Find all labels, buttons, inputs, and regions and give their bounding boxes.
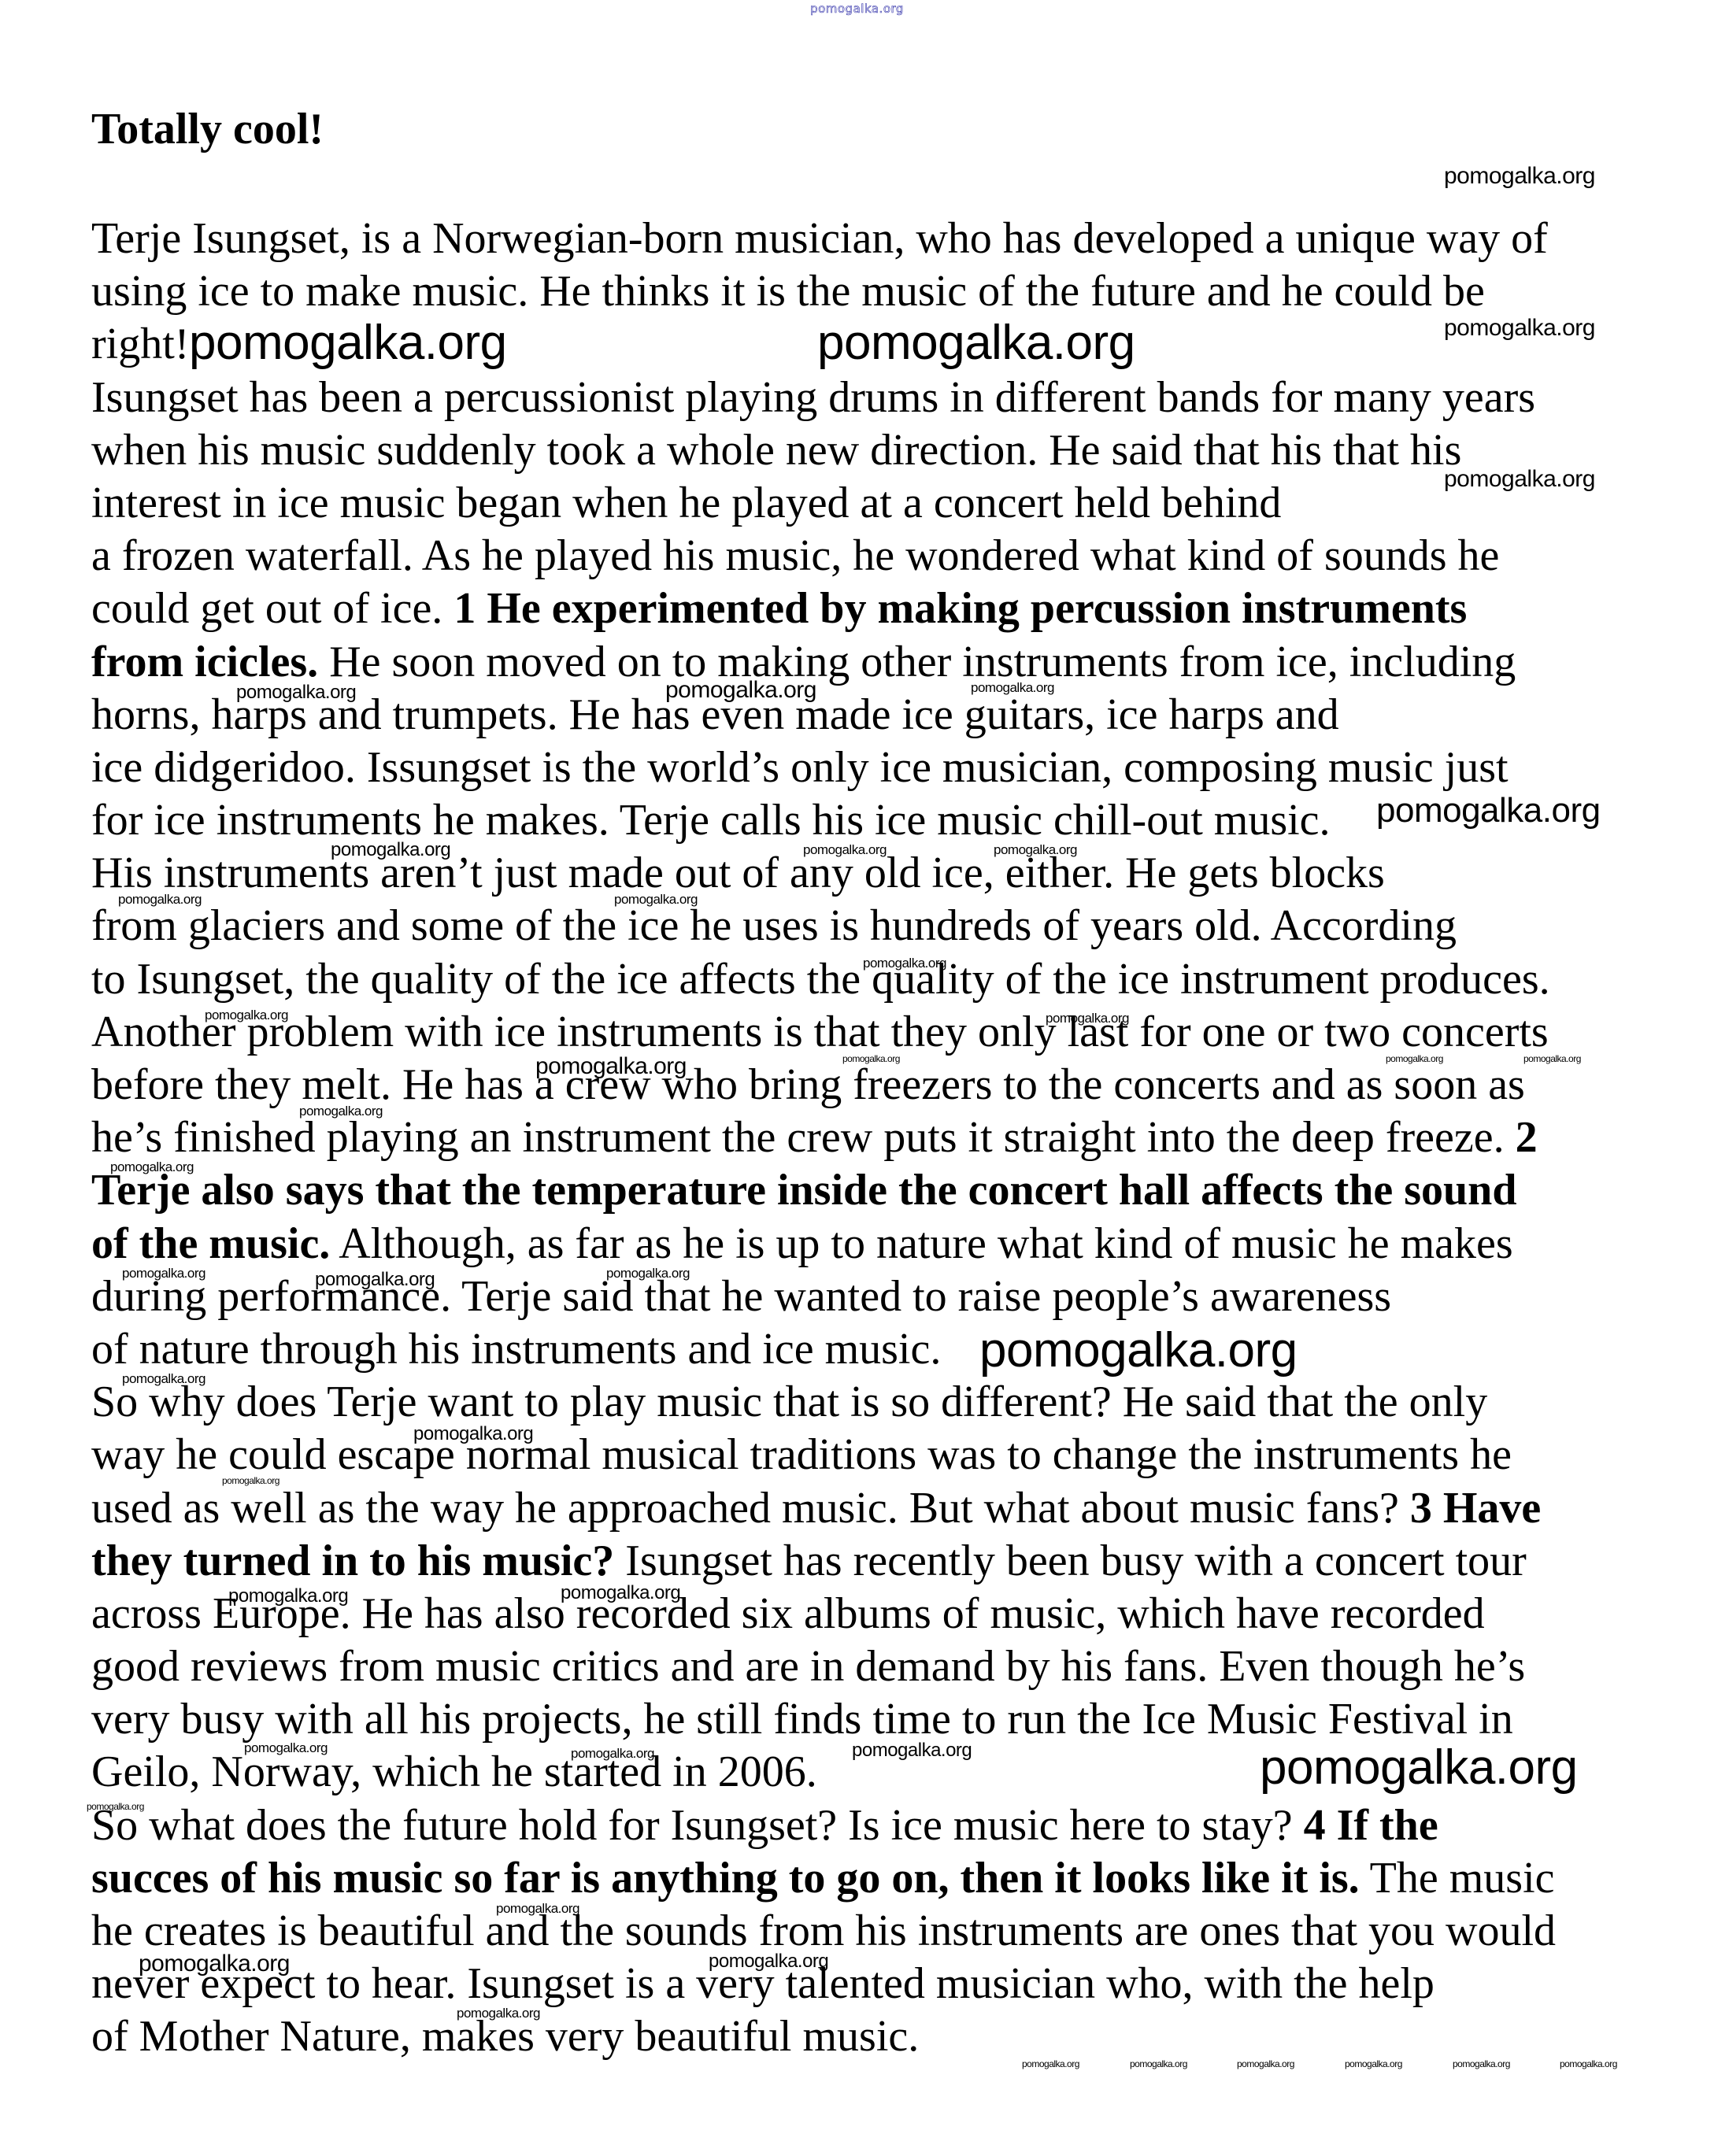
text-line: interest in ice music began when he play… <box>91 477 1634 530</box>
watermark-text: pomogalka.org <box>803 842 887 858</box>
text-span: during performance. Terje said that he w… <box>91 1272 1391 1321</box>
text-span: a frozen waterfall. As he played his mus… <box>91 531 1499 580</box>
watermark-text: pomogalka.org <box>665 677 816 704</box>
text-span: he’s finished playing an instrument the … <box>91 1113 1516 1162</box>
watermark-text: pomogalka.org <box>122 1266 205 1281</box>
text-span: from glaciers and some of the ice he use… <box>91 901 1457 950</box>
watermark-text: pomogalka.org <box>244 1740 328 1756</box>
text-span: could get out of ice. <box>91 584 453 633</box>
watermark-text: pomogalka.org <box>315 1269 435 1291</box>
text-span: he creates is beautiful and the sounds f… <box>91 1906 1556 1955</box>
bold-question-text: 4 If the <box>1304 1801 1438 1850</box>
bold-question-text: 2 <box>1516 1113 1538 1162</box>
watermark-text: pomogalka.org <box>1376 791 1601 830</box>
bold-question-text: from icicles. <box>91 638 318 686</box>
watermark-text: pomogalka.org <box>110 1159 194 1175</box>
watermark-text: pomogalka.org <box>614 892 698 908</box>
text-line: ice didgeridoo. Issungset is the world’s… <box>91 741 1634 794</box>
text-line: he creates is beautiful and the sounds f… <box>91 1905 1634 1958</box>
watermark-text: pomogalka.org <box>299 1104 383 1119</box>
watermark-text: pomogalka.org <box>457 2006 540 2021</box>
text-span: So why does Terje want to play music tha… <box>91 1378 1487 1426</box>
watermark-text: pomogalka.org <box>413 1423 533 1445</box>
text-line: using ice to make music. He thinks it is… <box>91 265 1634 318</box>
text-span: interest in ice music began when he play… <box>91 479 1281 527</box>
watermark-text: pomogalka.org <box>1130 2058 1187 2069</box>
text-line: when his music suddenly took a whole new… <box>91 424 1634 477</box>
text-span: So what does the future hold for Isungse… <box>91 1801 1304 1850</box>
watermark-text: pomogalka.org <box>842 1053 900 1064</box>
text-line: could get out of ice. 1 He experimented … <box>91 582 1634 635</box>
text-span: to Isungset, the quality of the ice affe… <box>91 955 1550 1004</box>
watermark-text: pomogalka.org <box>1453 2058 1510 2069</box>
bold-question-text: Terje also says that the temperature ins… <box>91 1166 1516 1215</box>
watermark-text: pomogalka.org <box>331 839 450 861</box>
text-span: of nature through his instruments and ic… <box>91 1325 941 1374</box>
text-span: Although, as far as he is up to nature w… <box>330 1219 1512 1268</box>
watermark-text: pomogalka.org <box>1237 2058 1294 2069</box>
text-span: ice didgeridoo. Issungset is the world’s… <box>91 743 1509 792</box>
text-span: Isungset has been a percussionist playin… <box>91 373 1535 422</box>
watermark-text: pomogalka.org <box>1444 466 1595 493</box>
text-span: way he could escape normal musical tradi… <box>91 1430 1512 1479</box>
text-line: they turned in to his music? Isungset ha… <box>91 1535 1634 1588</box>
watermark-text: pomogalka.org <box>189 315 507 371</box>
watermark-text: pomogalka.org <box>535 1053 687 1080</box>
watermark-text: pomogalka.org <box>222 1475 279 1486</box>
text-line: used as well as the way he approached mu… <box>91 1482 1634 1535</box>
text-line: a frozen waterfall. As he played his mus… <box>91 530 1634 582</box>
text-line: of the music. Although, as far as he is … <box>91 1218 1634 1270</box>
text-line: So what does the future hold for Isungse… <box>91 1799 1634 1852</box>
watermark-text: pomogalka.org <box>1022 2058 1079 2069</box>
bold-question-text: succes of his music so far is anything t… <box>91 1854 1360 1903</box>
watermark-text: pomogalka.org <box>606 1266 690 1281</box>
watermark-text: pomogalka.org <box>852 1740 972 1762</box>
text-span: Terje Isungset, is a Norwegian-born musi… <box>91 214 1548 263</box>
bold-question-text: 3 Have <box>1410 1484 1541 1533</box>
text-line: he’s finished playing an instrument the … <box>91 1111 1634 1164</box>
text-span: when his music suddenly took a whole new… <box>91 426 1461 475</box>
bold-question-text: 1 He experimented by making percussion i… <box>453 584 1467 633</box>
text-line: way he could escape normal musical tradi… <box>91 1429 1634 1481</box>
text-span: Another problem with ice instruments is … <box>91 1008 1549 1056</box>
watermark-text: pomogalka.org <box>228 1585 348 1607</box>
text-span: used as well as the way he approached mu… <box>91 1484 1410 1533</box>
watermark-text: pomogalka.org <box>709 1951 828 1973</box>
text-line: from glaciers and some of the ice he use… <box>91 900 1634 952</box>
text-span: for ice instruments he makes. Terje call… <box>91 796 1331 845</box>
text-line: of nature through his instruments and ic… <box>91 1323 1634 1376</box>
watermark-text: pomogalka.org <box>561 1582 680 1604</box>
watermark-text: pomogalka.org <box>496 1901 579 1917</box>
text-line: very busy with all his projects, he stil… <box>91 1693 1634 1746</box>
text-line: So why does Terje want to play music tha… <box>91 1376 1634 1429</box>
bold-question-text: they turned in to his music? <box>91 1537 614 1585</box>
watermark-text: pomogalka.org <box>1046 1011 1129 1026</box>
watermark-text: pomogalka.org <box>817 315 1135 371</box>
watermark-text: pomogalka.org <box>971 680 1054 696</box>
watermark-text: pomogalka.org <box>1560 2058 1617 2069</box>
text-span: Geilo, Norway, which he started in 2006. <box>91 1747 817 1796</box>
page-title: Totally cool! <box>91 107 324 151</box>
text-span: before they melt. He has a crew who brin… <box>91 1060 1525 1109</box>
watermark-text: pomogalka.org <box>1345 2058 1402 2069</box>
text-span: very busy with all his projects, he stil… <box>91 1695 1513 1744</box>
text-span: He soon moved on to making other instrum… <box>318 638 1516 686</box>
text-line: Another problem with ice instruments is … <box>91 1006 1634 1059</box>
text-span: right! <box>91 320 189 368</box>
watermark-text: pomogalka.org <box>205 1008 288 1023</box>
text-line: Terje Isungset, is a Norwegian-born musi… <box>91 213 1634 265</box>
watermark-text: pomogalka.org <box>863 956 946 971</box>
text-span: using ice to make music. He thinks it is… <box>91 267 1485 316</box>
text-line: good reviews from music critics and are … <box>91 1640 1634 1693</box>
text-span: Isungset has recently been busy with a c… <box>614 1537 1527 1585</box>
text-line: never expect to hear. Isungset is a very… <box>91 1958 1634 2010</box>
watermark-text: pomogalka.org <box>979 1322 1298 1378</box>
text-span: His instruments aren’t just made out of … <box>91 849 1385 897</box>
watermark-text: pomogalka.org <box>1523 1053 1581 1064</box>
text-line: Terje also says that the temperature ins… <box>91 1164 1634 1217</box>
watermark-text: pomogalka.org <box>1444 315 1595 342</box>
watermark-text: pomogalka.org <box>118 892 202 908</box>
watermark-text: pomogalka.org <box>994 842 1077 858</box>
watermark-text: pomogalka.org <box>236 682 356 704</box>
text-line: succes of his music so far is anything t… <box>91 1852 1634 1905</box>
bold-question-text: of the music. <box>91 1219 330 1268</box>
watermark-text: pomogalka.org <box>139 1951 290 1977</box>
watermark-text: pomogalka.org <box>87 1801 144 1812</box>
text-line: Isungset has been a percussionist playin… <box>91 372 1634 424</box>
watermark-text: pomogalka.org <box>571 1746 654 1762</box>
watermark-text: pomogalka.org <box>1444 163 1595 190</box>
watermark-text: pomogalka.org <box>122 1371 205 1387</box>
header-watermark: pomogalka.org <box>0 2 1714 16</box>
text-span: The music <box>1360 1854 1555 1903</box>
watermark-text: pomogalka.org <box>1386 1053 1443 1064</box>
text-line: from icicles. He soon moved on to making… <box>91 636 1634 689</box>
watermark-text: pomogalka.org <box>1260 1740 1578 1795</box>
text-span: good reviews from music critics and are … <box>91 1642 1525 1691</box>
text-line: of Mother Nature, makes very beautiful m… <box>91 2010 1634 2063</box>
